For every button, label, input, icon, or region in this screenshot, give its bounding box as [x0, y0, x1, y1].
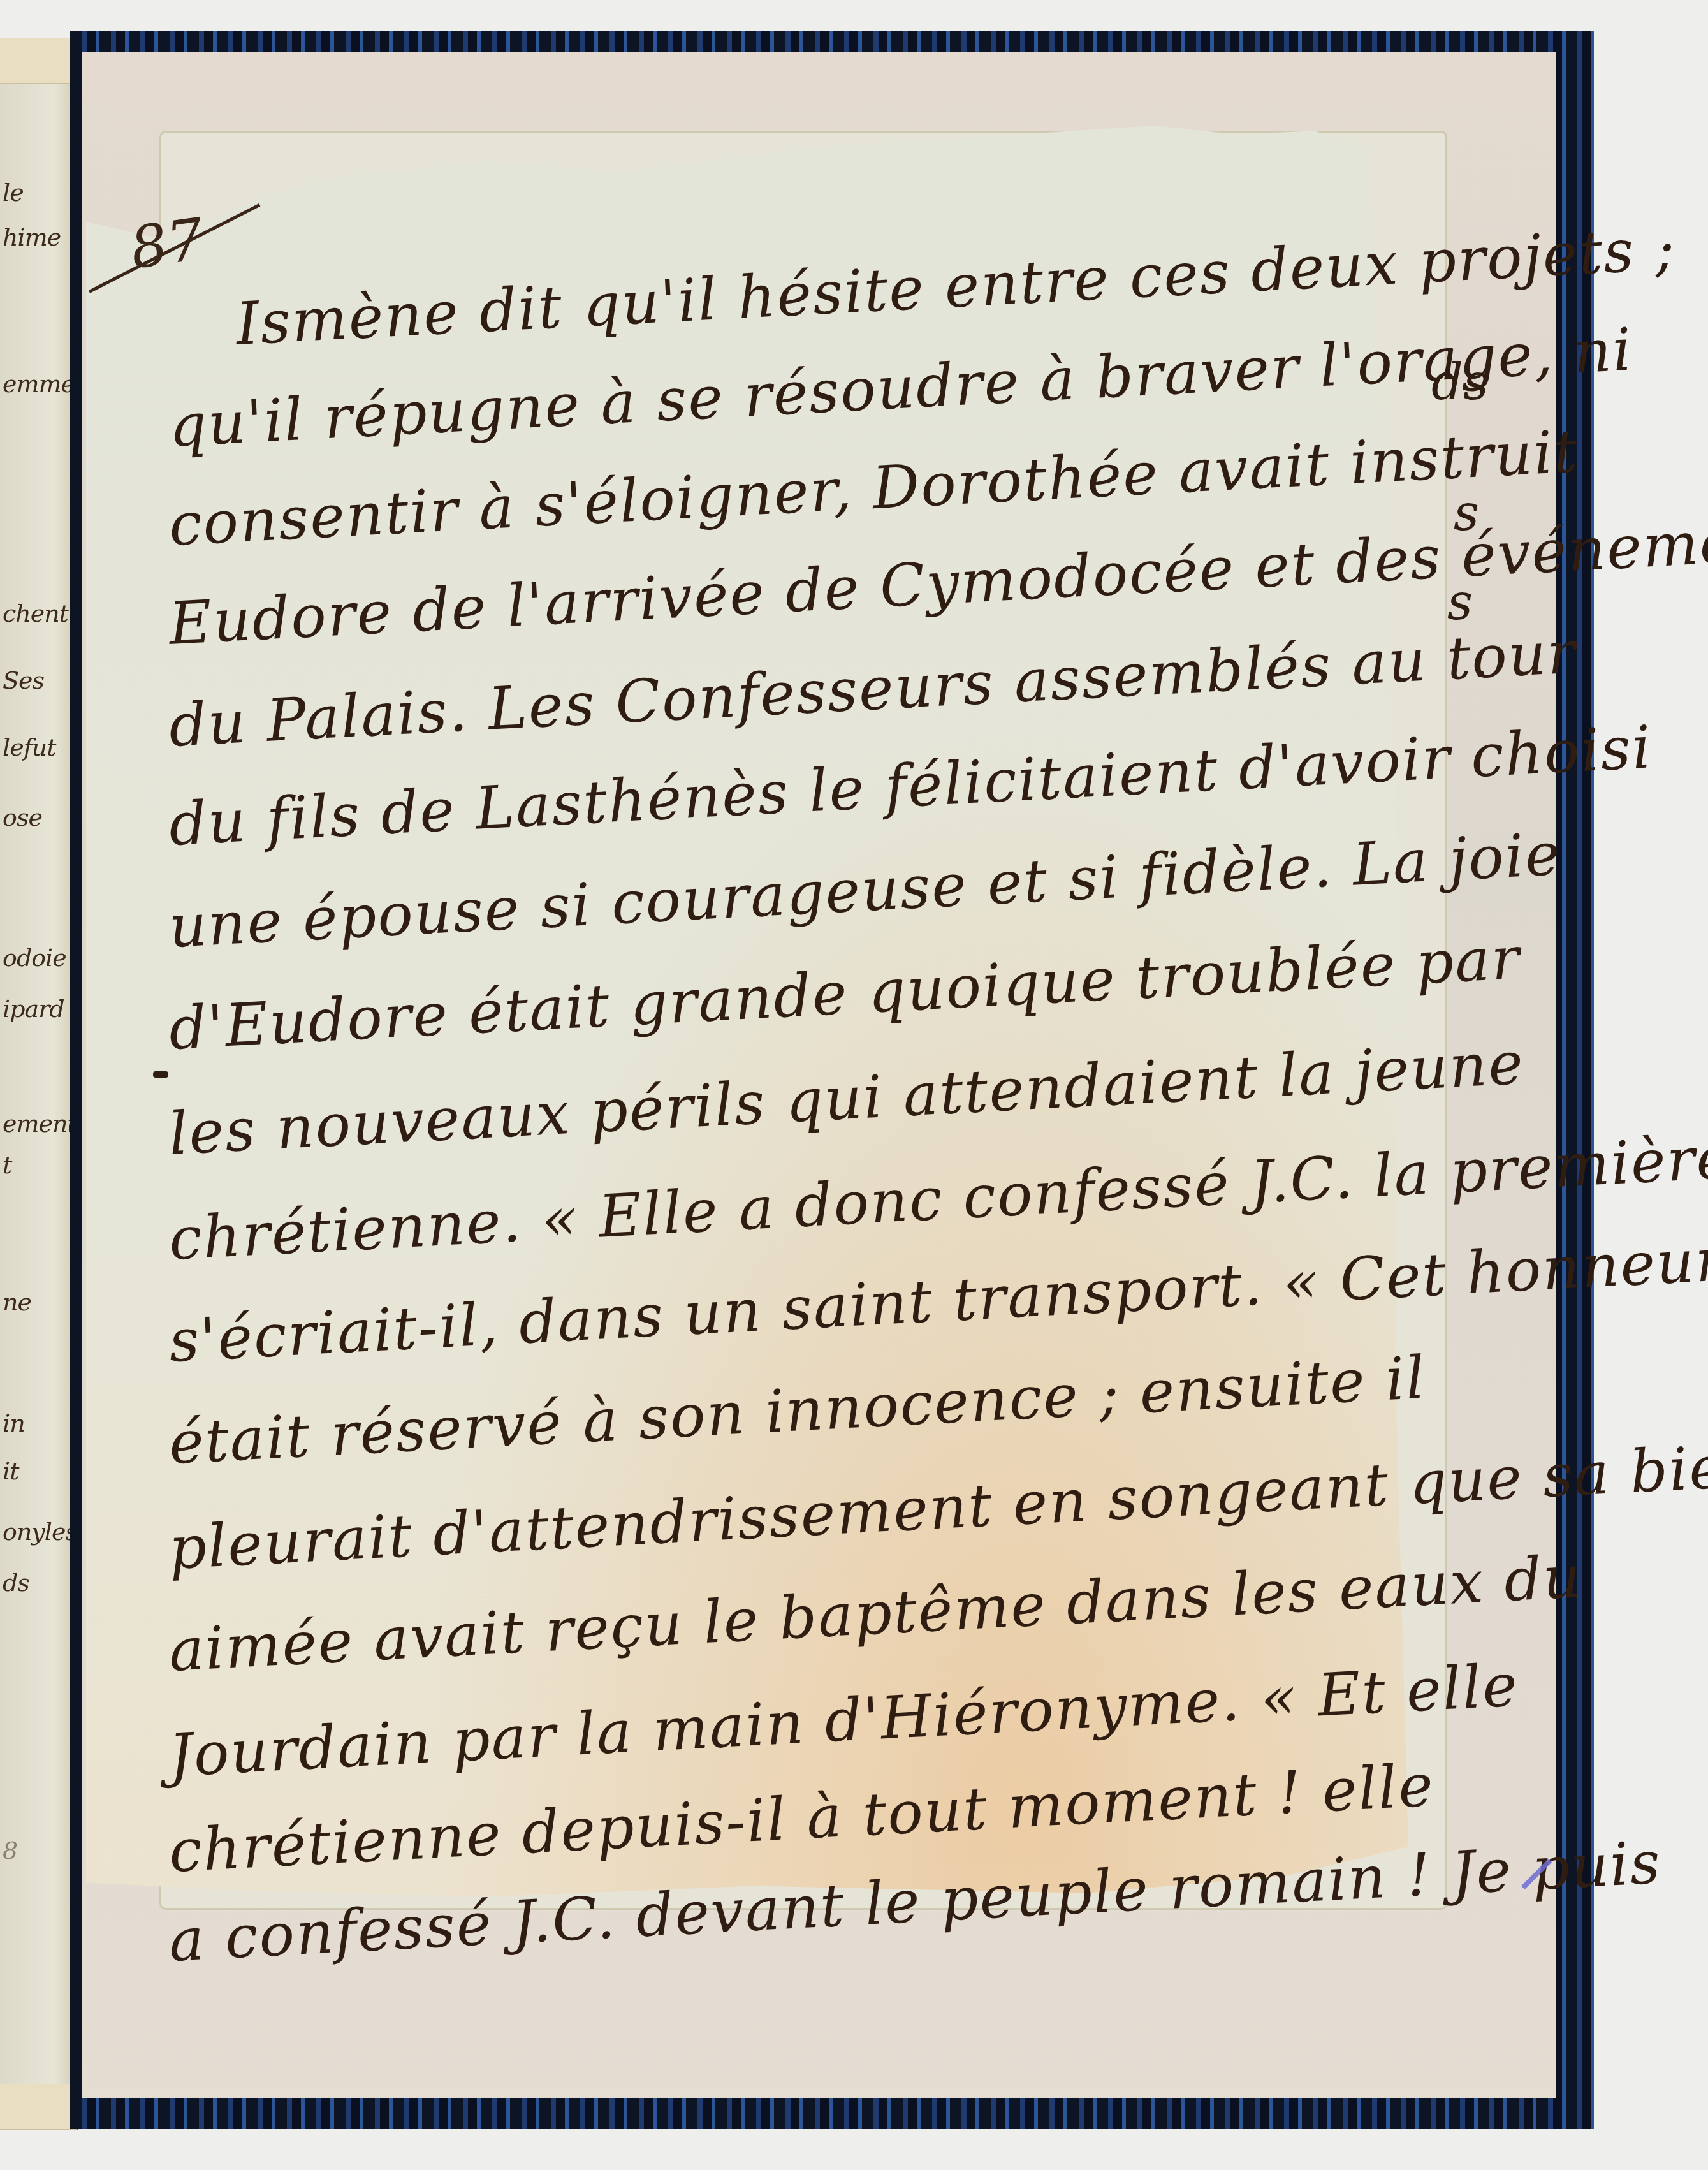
left-page-bottom-stub [0, 2084, 77, 2130]
left-page-fragment: in [3, 1409, 25, 1437]
left-page-top-stub [0, 38, 77, 84]
left-page-fragment: onyles [3, 1518, 77, 1546]
left-page-fragment: emme [3, 370, 75, 398]
left-page-fragment: ement [3, 1110, 77, 1138]
left-page-fragment: ne [3, 1288, 31, 1316]
left-page-fragment: Ses [3, 666, 44, 694]
left-page-fragment: 8 [3, 1836, 17, 1865]
right-margin-fragment: . [1473, 631, 1489, 689]
left-page-fragment: hime [3, 223, 61, 251]
right-margin-fragment: s [1454, 485, 1479, 542]
left-page-fragment: ds [3, 1569, 29, 1597]
left-page-fragment: lefut [3, 733, 55, 761]
marginal-dash-mark [153, 1071, 168, 1078]
left-page-fragment: odoie [3, 944, 66, 972]
left-page-fragment: t [3, 1151, 11, 1179]
left-page-fragment: it [3, 1457, 18, 1485]
left-page-fragment: le [3, 179, 24, 207]
left-page-fragment: ose [3, 803, 42, 832]
folio-number: 87 [126, 206, 208, 282]
right-margin-fragment: ds [1431, 354, 1489, 411]
left-page-fragment: ipard [3, 995, 64, 1023]
left-page-fragment: chent [3, 599, 68, 627]
left-adjacent-page: le hime emme chent Ses lefut ose odoie i… [0, 38, 78, 2130]
right-margin-fragment: s [1447, 574, 1473, 631]
